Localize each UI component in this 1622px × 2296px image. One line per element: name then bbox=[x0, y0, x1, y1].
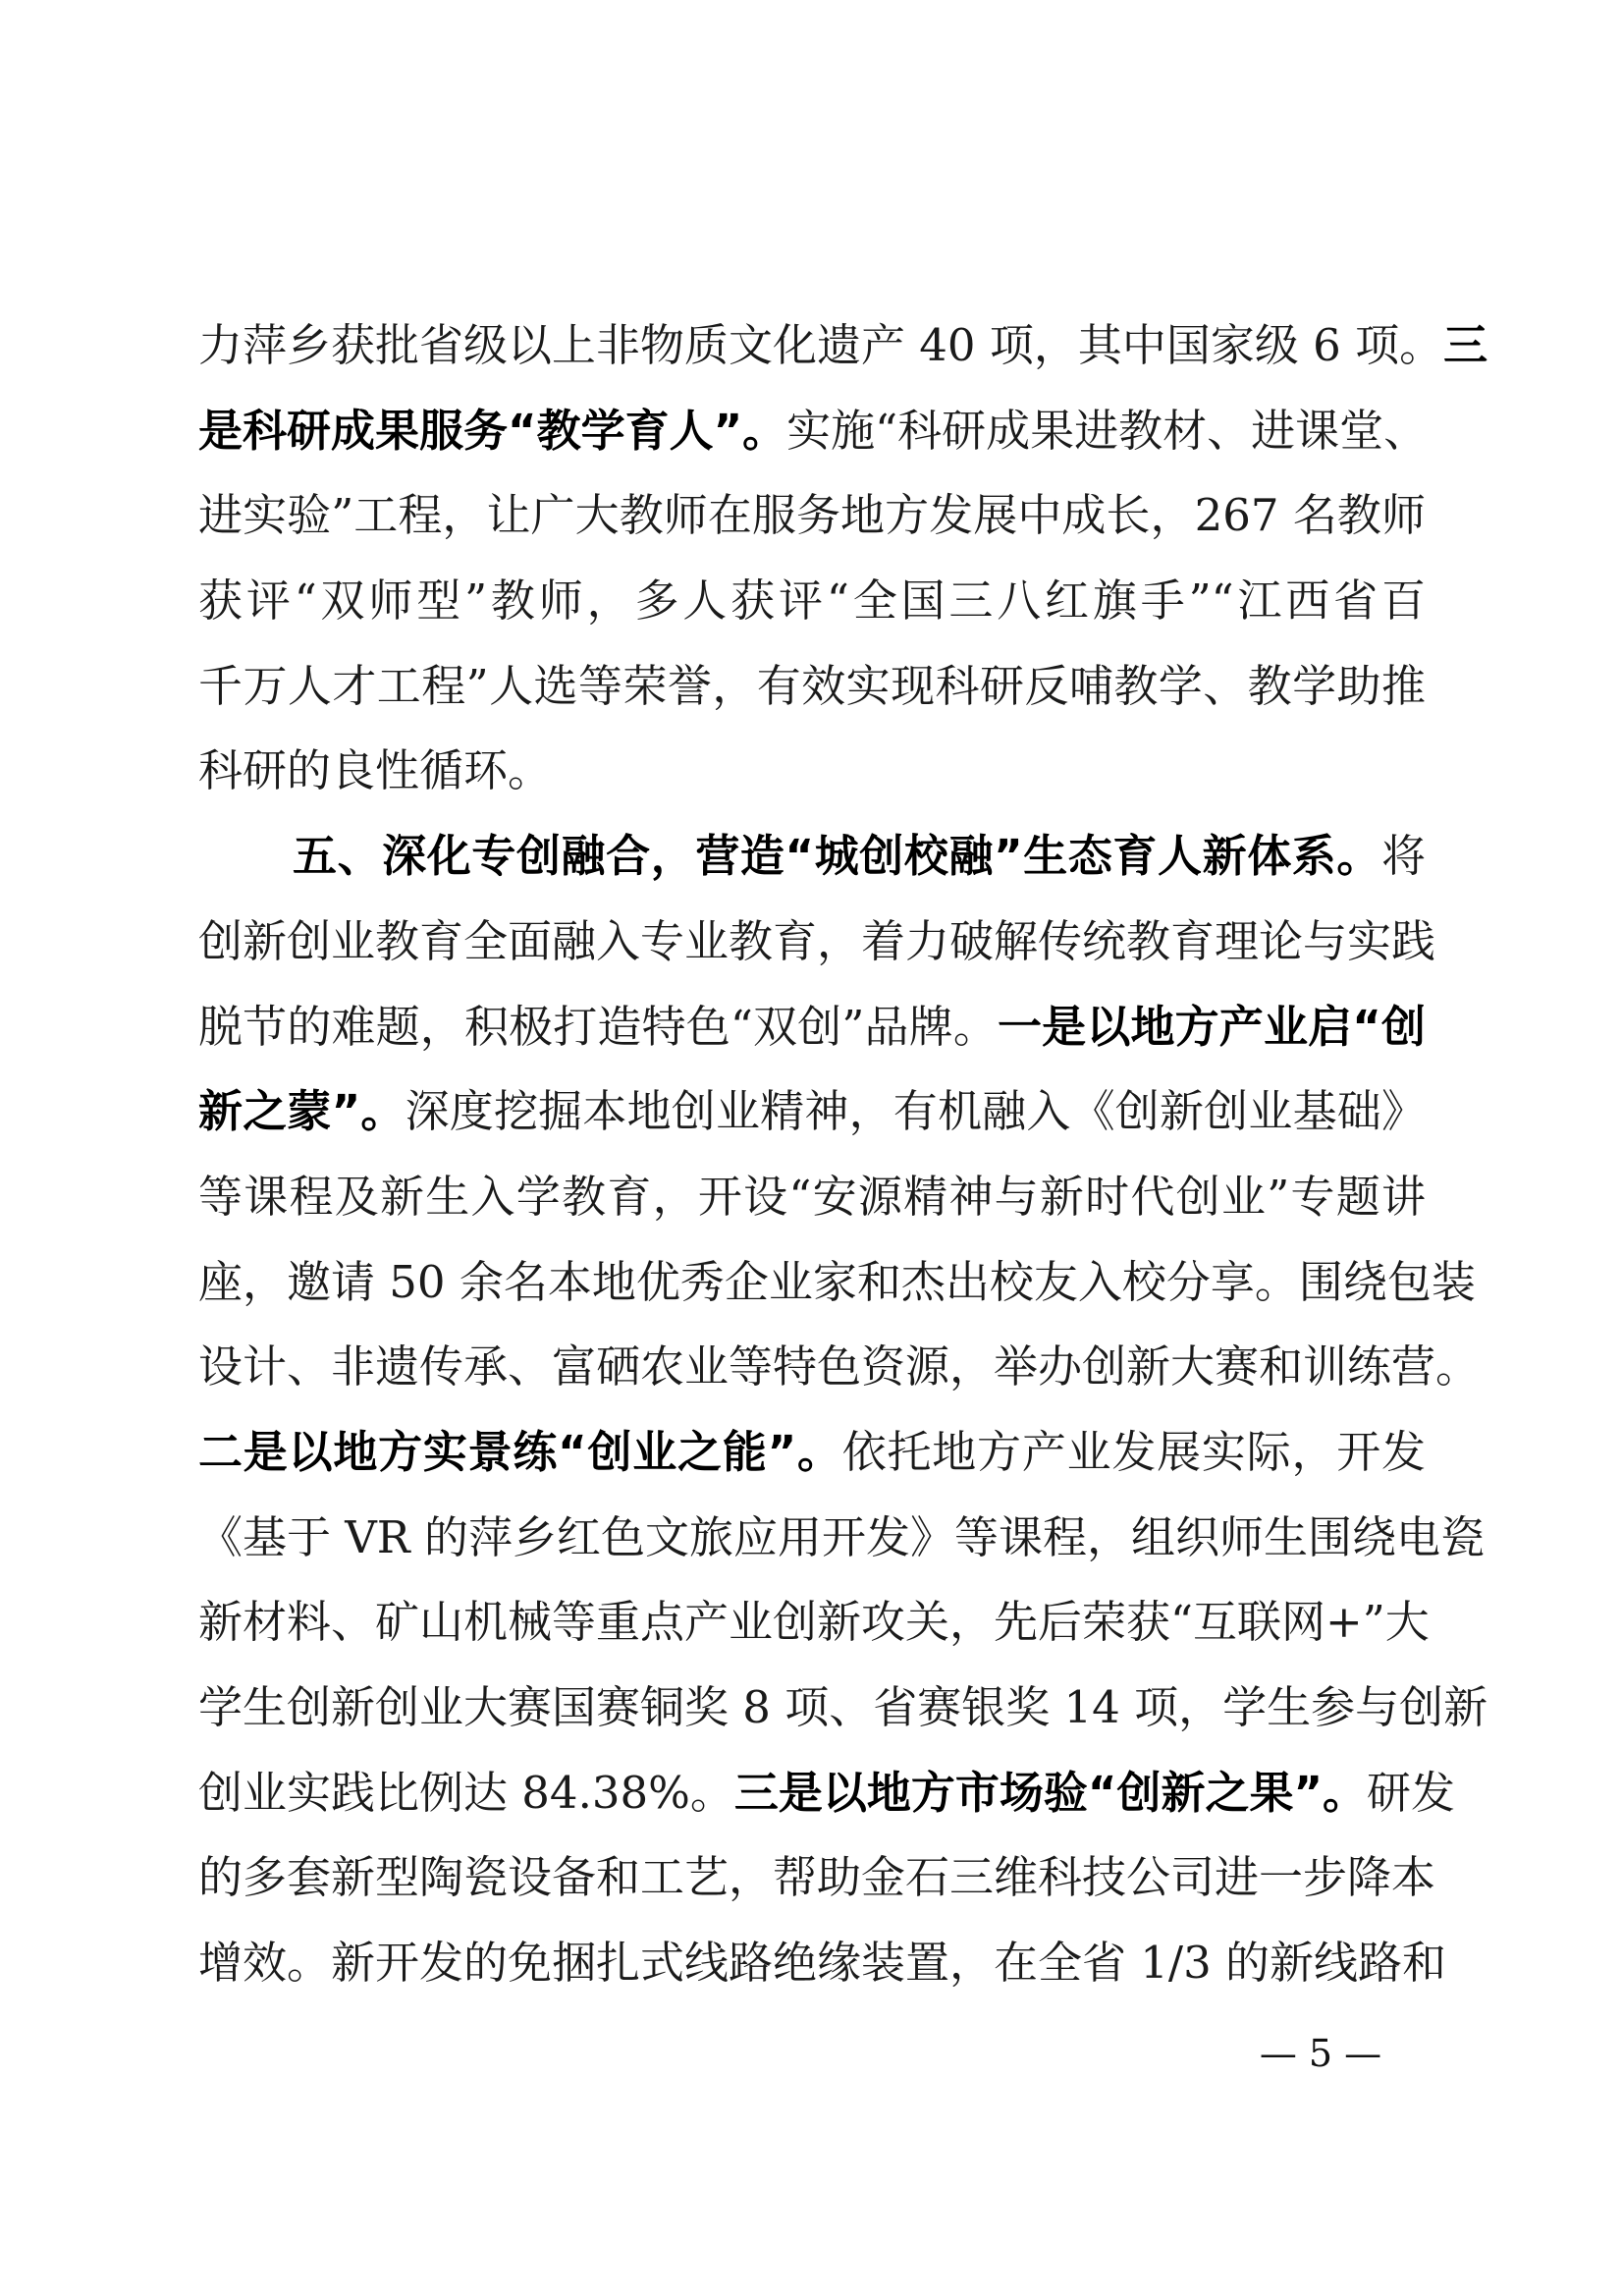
bold-text-segment: 是科研成果服务“教学育人”。 bbox=[198, 405, 786, 457]
text-line: 等课程及新生入学教育，开设“安源精神与新时代创业”专题讲 bbox=[198, 1155, 1426, 1240]
text-line: 《基于 VR 的萍乡红色文旅应用开发》等课程，组织师生围绕电瓷 bbox=[198, 1496, 1426, 1581]
text-segment: 研发 bbox=[1367, 1767, 1455, 1819]
text-segment: 座，邀请 50 余名本地优秀企业家和杰出校友入校分享。围绕包装 bbox=[198, 1256, 1476, 1308]
text-line: 二是以地方实景练“创业之能”。依托地方产业发展实际，开发 bbox=[198, 1410, 1426, 1496]
text-line: 创业实践比例达 84.38%。三是以地方市场验“创新之果”。研发 bbox=[198, 1751, 1426, 1836]
text-segment: 《基于 VR 的萍乡红色文旅应用开发》等课程，组织师生围绕电瓷 bbox=[198, 1511, 1485, 1563]
text-line: 新之蒙”。深度挖掘本地创业精神，有机融入《创新创业基础》 bbox=[198, 1069, 1426, 1155]
text-segment: 增效。新开发的免捆扎式线路绝缘装置，在全省 1/3 的新线路和 bbox=[198, 1937, 1446, 1989]
text-segment: 学生创新创业大赛国赛铜奖 8 项、省赛银奖 14 项，学生参与创新 bbox=[198, 1681, 1487, 1733]
text-segment: 创业实践比例达 84.38%。 bbox=[198, 1767, 734, 1819]
text-line: 脱节的难题，积极打造特色“双创”品牌。一是以地方产业启“创 bbox=[198, 985, 1426, 1070]
text-segment: 千万人才工程”人选等荣誉，有效实现科研反哺教学、教学助推 bbox=[198, 660, 1426, 712]
section-heading-line: 五、深化专创融合，营造“城创校融”生态育人新体系。将 bbox=[198, 814, 1426, 900]
text-segment: 深度挖掘本地创业精神，有机融入《创新创业基础》 bbox=[405, 1085, 1426, 1137]
text-line: 是科研成果服务“教学育人”。实施“科研成果进教材、进课堂、 bbox=[198, 389, 1426, 474]
text-segment: 进实验”工程，让广大教师在服务地方发展中成长，267 名教师 bbox=[198, 489, 1426, 541]
bold-text-segment: 三 bbox=[1443, 319, 1487, 371]
bold-text-segment: 五、深化专创融合，营造“城创校融”生态育人新体系。 bbox=[293, 830, 1381, 882]
bold-text-segment: 新之蒙”。 bbox=[198, 1085, 405, 1137]
text-segment: 实施“科研成果进教材、进课堂、 bbox=[786, 405, 1428, 457]
text-segment: 等课程及新生入学教育，开设“安源精神与新时代创业”专题讲 bbox=[198, 1171, 1426, 1223]
text-line: 新材料、矿山机械等重点产业创新攻关，先后荣获“互联网+”大 bbox=[198, 1580, 1426, 1666]
text-line: 获评“双师型”教师，多人获评“全国三八红旗手”“江西省百 bbox=[198, 559, 1426, 644]
text-segment: 新材料、矿山机械等重点产业创新攻关，先后荣获“互联网+”大 bbox=[198, 1596, 1430, 1648]
body-text: 力萍乡获批省级以上非物质文化遗产 40 项，其中国家级 6 项。三是科研成果服务… bbox=[198, 303, 1426, 2006]
text-line: 座，邀请 50 余名本地优秀企业家和杰出校友入校分享。围绕包装 bbox=[198, 1240, 1426, 1326]
text-segment: 获评“双师型”教师，多人获评“全国三八红旗手”“江西省百 bbox=[198, 574, 1426, 627]
text-line: 学生创新创业大赛国赛铜奖 8 项、省赛银奖 14 项，学生参与创新 bbox=[198, 1666, 1426, 1751]
text-segment: 创新创业教育全面融入专业教育，着力破解传统教育理论与实践 bbox=[198, 915, 1435, 967]
text-segment: 设计、非遗传承、富硒农业等特色资源，举办创新大赛和训练营。 bbox=[198, 1340, 1480, 1393]
text-line: 进实验”工程，让广大教师在服务地方发展中成长，267 名教师 bbox=[198, 473, 1426, 559]
text-segment: 依托地方产业发展实际，开发 bbox=[842, 1426, 1426, 1478]
bold-text-segment: 二是以地方实景练“创业之能”。 bbox=[198, 1426, 842, 1478]
page-number: — 5 — bbox=[1247, 2029, 1394, 2078]
text-line: 科研的良性循环。 bbox=[198, 729, 1426, 814]
text-segment: 力萍乡获批省级以上非物质文化遗产 40 项，其中国家级 6 项。 bbox=[198, 319, 1443, 371]
bold-text-segment: 一是以地方产业启“创 bbox=[998, 1001, 1426, 1053]
bold-text-segment: 三是以地方市场验“创新之果”。 bbox=[734, 1767, 1367, 1819]
text-line: 千万人才工程”人选等荣誉，有效实现科研反哺教学、教学助推 bbox=[198, 644, 1426, 730]
text-line: 设计、非遗传承、富硒农业等特色资源，举办创新大赛和训练营。 bbox=[198, 1325, 1426, 1410]
text-segment: 将 bbox=[1381, 830, 1426, 882]
text-segment: 科研的良性循环。 bbox=[198, 744, 552, 796]
text-line: 力萍乡获批省级以上非物质文化遗产 40 项，其中国家级 6 项。三 bbox=[198, 303, 1426, 389]
text-line: 创新创业教育全面融入专业教育，着力破解传统教育理论与实践 bbox=[198, 900, 1426, 985]
text-segment: 脱节的难题，积极打造特色“双创”品牌。 bbox=[198, 1001, 998, 1053]
document-page: 力萍乡获批省级以上非物质文化遗产 40 项，其中国家级 6 项。三是科研成果服务… bbox=[0, 0, 1622, 2296]
text-line: 增效。新开发的免捆扎式线路绝缘装置，在全省 1/3 的新线路和 bbox=[198, 1921, 1426, 2006]
text-segment: 的多套新型陶瓷设备和工艺，帮助金石三维科技公司进一步降本 bbox=[198, 1851, 1435, 1903]
text-line: 的多套新型陶瓷设备和工艺，帮助金石三维科技公司进一步降本 bbox=[198, 1835, 1426, 1921]
